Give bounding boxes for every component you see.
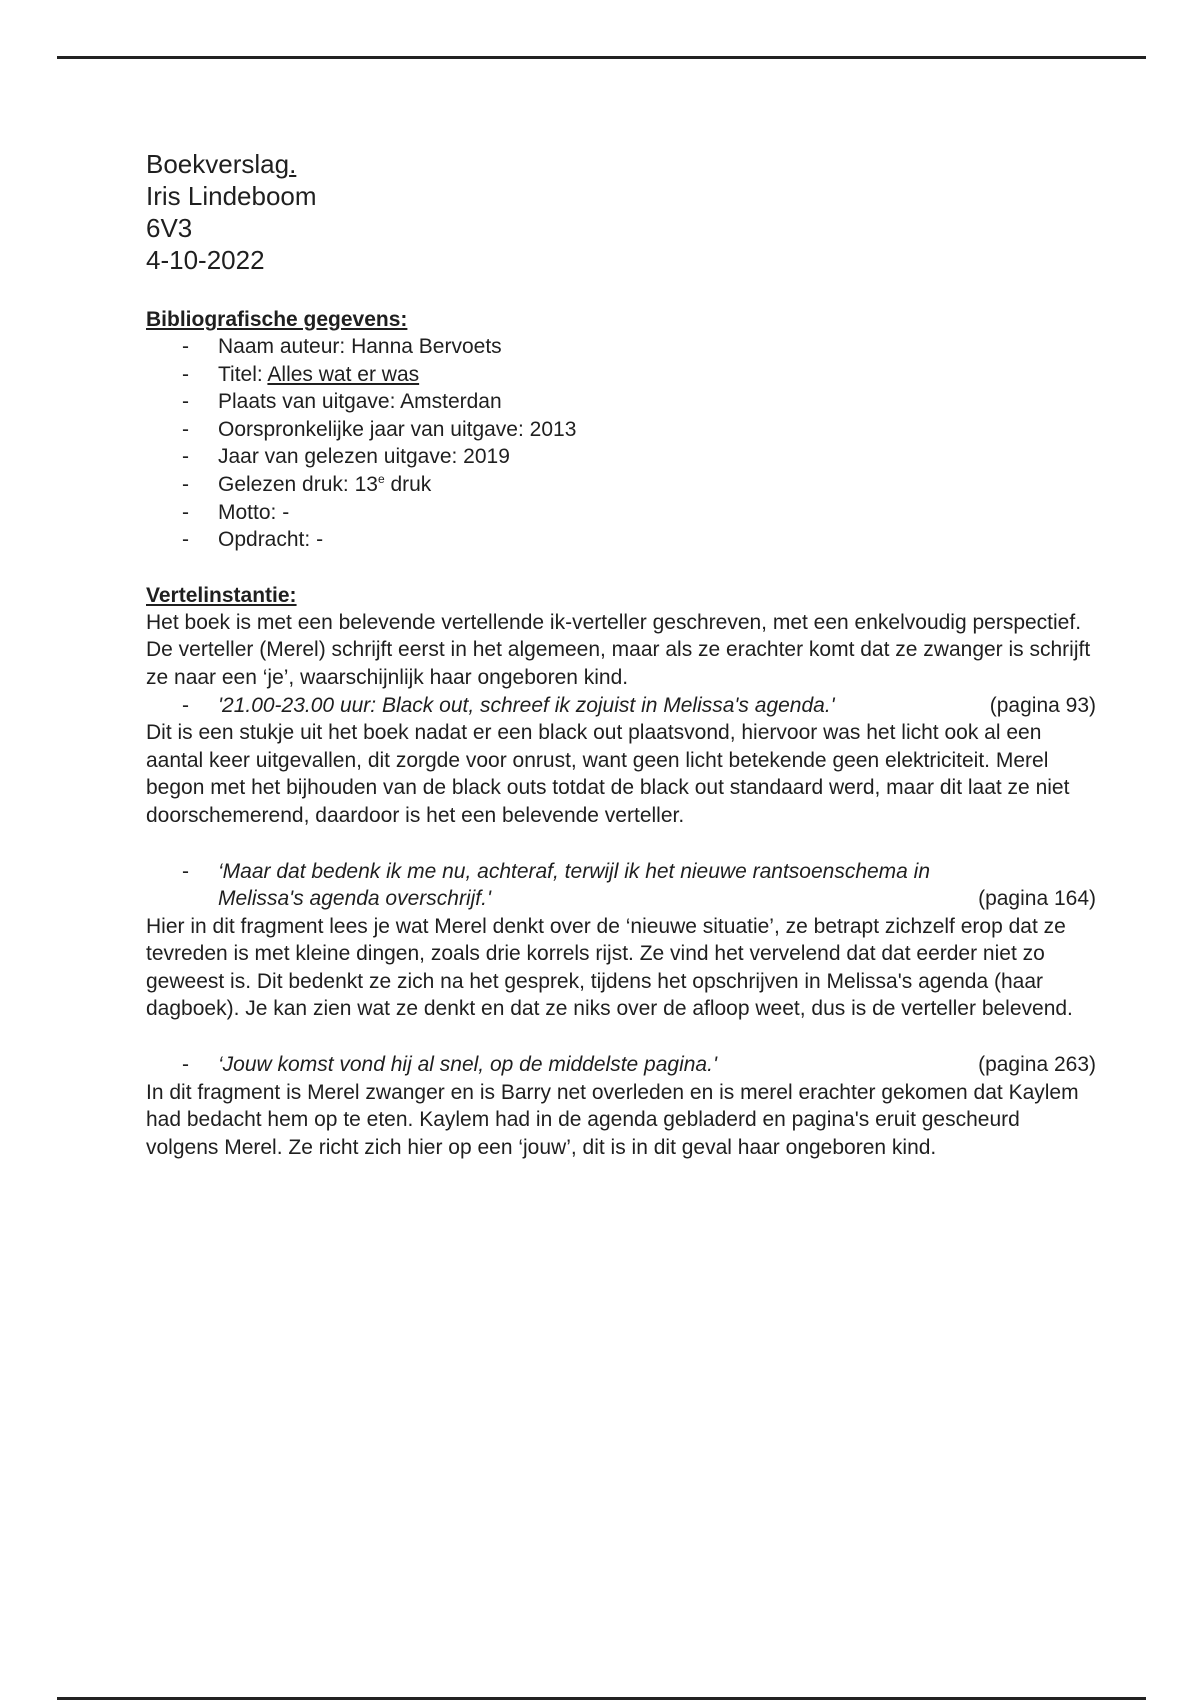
dash-bullet-icon: - bbox=[182, 361, 189, 389]
bib-value: 2013 bbox=[530, 418, 577, 441]
bib-value: Alles wat er was bbox=[267, 363, 419, 386]
quote-text: ‘Maar dat bedenk ik me nu, achteraf, ter… bbox=[218, 860, 930, 911]
fragment-explanation-2: Hier in dit fragment lees je wat Merel d… bbox=[146, 913, 1096, 1023]
bib-label: Oorspronkelijke jaar van uitgave: bbox=[218, 418, 530, 441]
bib-label: Opdracht: bbox=[218, 528, 316, 551]
dash-bullet-icon: - bbox=[182, 333, 189, 361]
fragment-quote-3: - ‘Jouw komst vond hij al snel, op de mi… bbox=[146, 1051, 1096, 1079]
dash-bullet-icon: - bbox=[182, 858, 189, 886]
student-name: Iris Lindeboom bbox=[146, 180, 1096, 212]
dash-bullet-icon: - bbox=[182, 1051, 189, 1079]
bib-item-edition: -Gelezen druk: 13e druk bbox=[146, 471, 1096, 499]
bib-value: Hanna Bervoets bbox=[351, 335, 502, 358]
bib-item-read-year: -Jaar van gelezen uitgave: 2019 bbox=[146, 443, 1096, 471]
bib-value: 2019 bbox=[463, 445, 510, 468]
document-page: Boekverslag. Iris Lindeboom 6V3 4-10-202… bbox=[146, 148, 1096, 1161]
top-page-rule bbox=[57, 56, 1146, 59]
quote-page-reference: (pagina 93) bbox=[990, 692, 1096, 720]
bib-label: Plaats van uitgave: bbox=[218, 390, 400, 413]
document-header: Boekverslag. Iris Lindeboom 6V3 4-10-202… bbox=[146, 148, 1096, 276]
bib-item-place: -Plaats van uitgave: Amsterdan bbox=[146, 388, 1096, 416]
bib-label: Motto: bbox=[218, 501, 282, 524]
quote-page-reference: (pagina 164) bbox=[978, 885, 1096, 913]
bibliography-section: Bibliografische gegevens: -Naam auteur: … bbox=[146, 306, 1096, 554]
edition-superscript: e bbox=[378, 472, 385, 486]
bib-item-motto: -Motto: - bbox=[146, 499, 1096, 527]
bibliography-list: -Naam auteur: Hanna Bervoets -Titel: All… bbox=[146, 333, 1096, 554]
document-title: Boekverslag. bbox=[146, 148, 1096, 180]
intro-paragraph-2: De verteller (Merel) schrijft eerst in h… bbox=[146, 636, 1096, 691]
bibliography-heading: Bibliografische gegevens: bbox=[146, 306, 1096, 333]
dash-bullet-icon: - bbox=[182, 471, 189, 499]
fragment-explanation-3: In dit fragment is Merel zwanger en is B… bbox=[146, 1079, 1096, 1162]
fragment-explanation-1: Dit is een stukje uit het boek nadat er … bbox=[146, 719, 1096, 829]
quote-page-reference: (pagina 263) bbox=[978, 1051, 1096, 1079]
dash-bullet-icon: - bbox=[182, 526, 189, 554]
dash-bullet-icon: - bbox=[182, 388, 189, 416]
dash-bullet-icon: - bbox=[182, 499, 189, 527]
vertelinstantie-section: Vertelinstantie: Het boek is met een bel… bbox=[146, 582, 1096, 1162]
bib-label: Naam auteur: bbox=[218, 335, 351, 358]
class-code: 6V3 bbox=[146, 212, 1096, 244]
dash-bullet-icon: - bbox=[182, 692, 189, 720]
vertelinstantie-heading: Vertelinstantie: bbox=[146, 582, 1096, 609]
title-suffix: . bbox=[289, 149, 296, 179]
bib-label: Gelezen druk: bbox=[218, 473, 355, 496]
dash-bullet-icon: - bbox=[182, 416, 189, 444]
bib-value: - bbox=[282, 501, 289, 524]
fragment-quote-2: - ‘Maar dat bedenk ik me nu, achteraf, t… bbox=[146, 858, 1096, 913]
title-text: Boekverslag bbox=[146, 149, 289, 179]
intro-paragraph-1: Het boek is met een belevende vertellend… bbox=[146, 609, 1096, 637]
bib-item-author: -Naam auteur: Hanna Bervoets bbox=[146, 333, 1096, 361]
fragment-quote-1: - '21.00-23.00 uur: Black out, schreef i… bbox=[146, 692, 1096, 720]
bib-label: Titel: bbox=[218, 363, 267, 386]
quote-text: ‘Jouw komst vond hij al snel, op de midd… bbox=[218, 1053, 717, 1076]
quote-text: '21.00-23.00 uur: Black out, schreef ik … bbox=[218, 694, 835, 717]
bib-value: Amsterdan bbox=[400, 390, 502, 413]
bib-value: 13 bbox=[355, 473, 378, 496]
document-date: 4-10-2022 bbox=[146, 244, 1096, 276]
bib-item-original-year: -Oorspronkelijke jaar van uitgave: 2013 bbox=[146, 416, 1096, 444]
bib-suffix: druk bbox=[385, 473, 432, 496]
spacer bbox=[146, 830, 1096, 858]
bib-item-title: -Titel: Alles wat er was bbox=[146, 361, 1096, 389]
dash-bullet-icon: - bbox=[182, 443, 189, 471]
bib-value: - bbox=[316, 528, 323, 551]
spacer bbox=[146, 1023, 1096, 1051]
bib-item-dedication: -Opdracht: - bbox=[146, 526, 1096, 554]
bib-label: Jaar van gelezen uitgave: bbox=[218, 445, 463, 468]
